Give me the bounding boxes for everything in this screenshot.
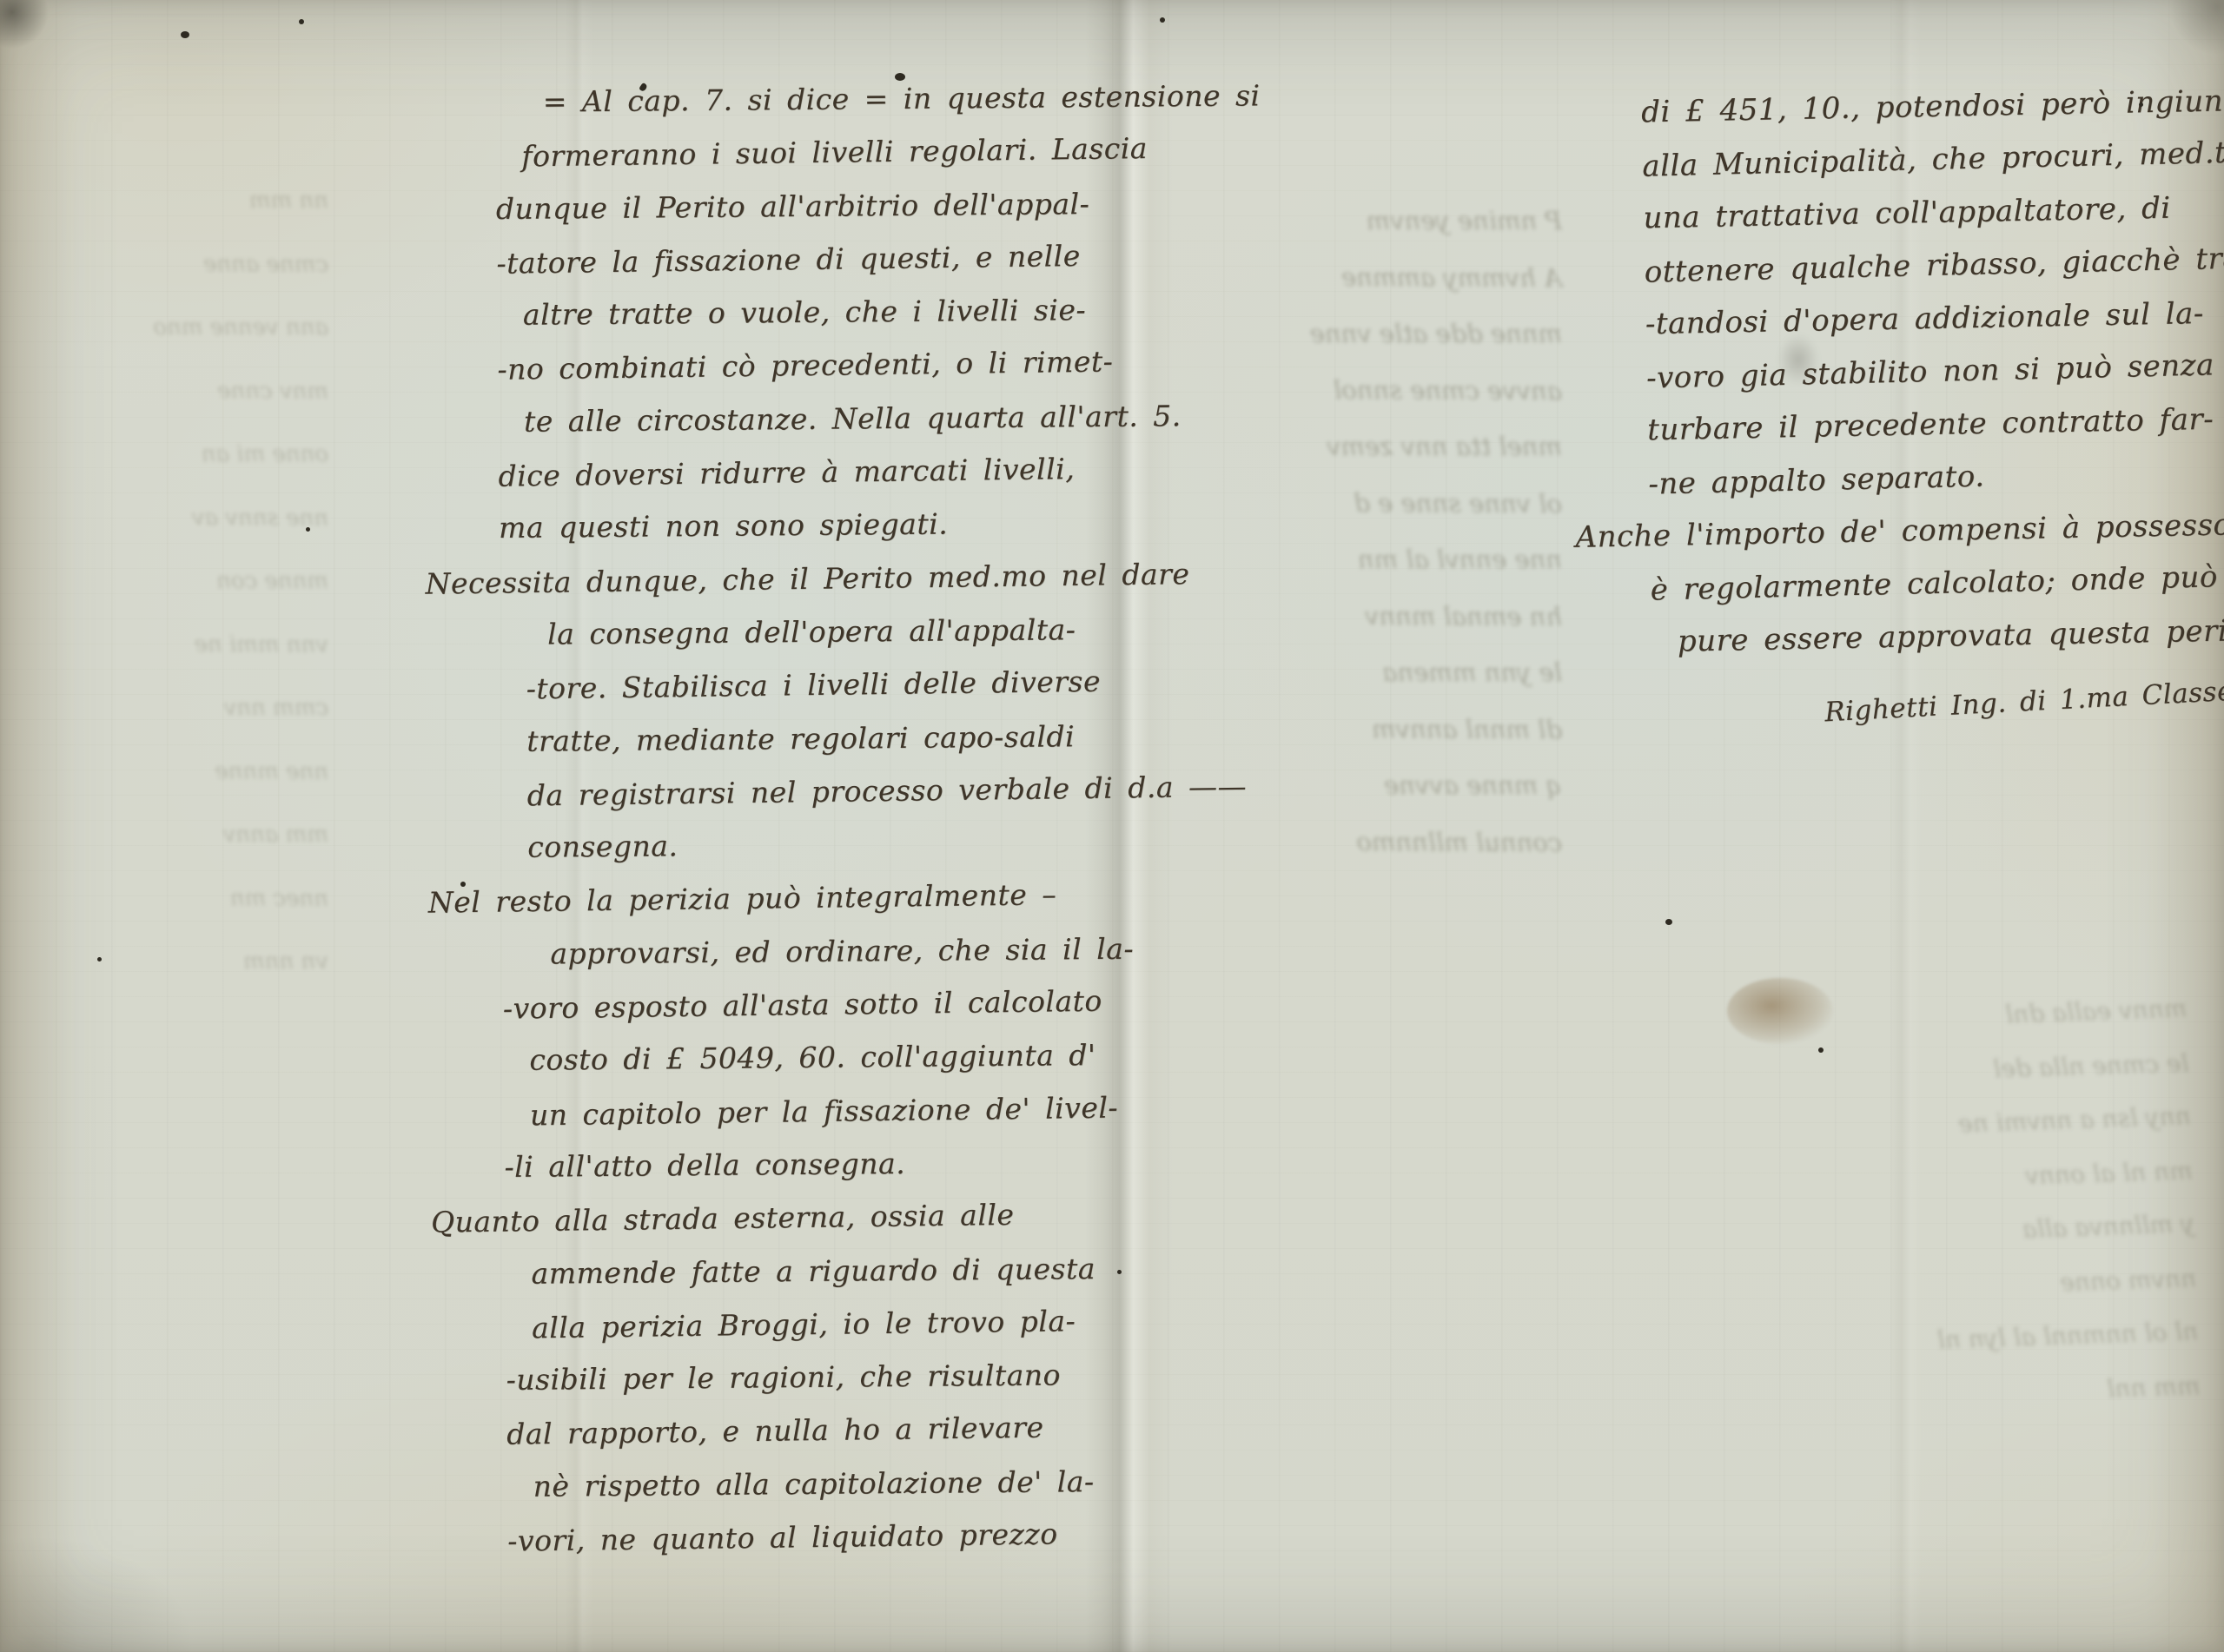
bleed-through-line: P nmine yenvm: [1128, 193, 1562, 249]
bleed-through-line: nne snnv av: [42, 486, 328, 550]
manuscript-line: la consegna dell'opera all'appalta-: [547, 602, 1174, 661]
bleed-through-line: mnel tta nnv zemv: [1128, 419, 1562, 475]
manuscript-line: Necessita dunque, che il Perito med.mo n…: [425, 547, 1173, 611]
bleed-through-line: nne ennvl al mn: [1128, 532, 1562, 588]
bleed-through-text-left-margin: nn mm cmne anne ann venne mno mnv cnne o…: [42, 169, 328, 994]
manuscript-line: te alle circostanze. Nella quarta all'ar…: [524, 389, 1172, 448]
smudge: [1777, 334, 1819, 386]
bleed-through-line: vn nnm: [42, 930, 328, 994]
bleed-through-line: dl mnnl annvm: [1128, 700, 1562, 758]
manuscript-line: dunque il Perito all'arbitrio dell'appal…: [496, 176, 1170, 235]
manuscript-photo: nn mm cmne anne ann venne mno mnv cnne o…: [0, 0, 2224, 1652]
bleed-through-line: anvve cmne snnol: [1128, 361, 1562, 420]
ink-speck: [1160, 17, 1165, 23]
bleed-through-line: nn mm: [42, 169, 328, 233]
manuscript-line: consegna.: [527, 815, 1175, 874]
right-page-text: di £ 451, 10., potendosi però ingiungere…: [1567, 76, 2204, 671]
manuscript-line: approvarsi, ed ordinare, che sia il la-: [550, 922, 1176, 981]
ink-speck: [181, 31, 189, 38]
bleed-through-line: A hvmmy ammne: [1128, 248, 1562, 307]
bleed-through-line: mnv cnne: [42, 359, 328, 423]
manuscript-line: Nel resto la perizia può integralmente –: [427, 867, 1175, 930]
bleed-through-line: ann venne mno: [42, 296, 328, 360]
bleed-through-line: ol vnne snne e d: [1128, 474, 1562, 532]
manuscript-line: -vori, ne quanto al liquidato prezzo: [507, 1506, 1181, 1568]
bleed-through-line: le ynn mmena: [1128, 644, 1562, 701]
manuscript-line: tratte, mediante regolari capo-saldi: [526, 709, 1175, 768]
manuscript-line: -voro esposto all'asta sotto il calcolat…: [503, 974, 1177, 1035]
manuscript-line: ammende fatte a riguardo di questa: [531, 1241, 1179, 1300]
manuscript-line: altre tratte o vuole, che i livelli sie-: [523, 282, 1171, 341]
manuscript-line: -li all'atto della consegna.: [504, 1134, 1178, 1193]
bleed-through-text-gutter: P nmine yenvm A hvmmy ammne mnne dde atl…: [1128, 193, 1562, 870]
bleed-through-text-bottom-right: mnnv ealla dnl le cmne nlla del nny lsn …: [1691, 981, 2201, 1430]
bleed-through-line: nne mnne: [42, 739, 328, 803]
manuscript-line: pure essere approvata questa perizia: [1677, 605, 2203, 669]
bleed-through-line: onne mi an: [42, 423, 328, 486]
bleed-through-line: nnec mn: [42, 866, 328, 930]
bleed-through-line: mnne dde atle vnne: [1128, 306, 1562, 362]
manuscript-line: -tatore la fissazione di questi, e nelle: [496, 228, 1170, 289]
manuscript-line: -tore. Stabilisca i livelli delle divers…: [526, 654, 1174, 716]
manuscript-line: dice doversi ridurre à marcati livelli,: [498, 441, 1172, 503]
ink-speck: [299, 19, 304, 24]
bleed-through-line: cmm nnv: [42, 677, 328, 740]
left-page-text: = Al cap. 7. si dice = in questa estensi…: [421, 69, 1181, 1567]
ink-speck: [2139, 102, 2143, 107]
bleed-through-line: cmne anne: [42, 232, 328, 296]
bleed-through-line: mnne con: [42, 550, 328, 613]
ink-stain: [1727, 978, 1833, 1044]
bleed-through-line: hn emnal mnnv: [1128, 587, 1562, 645]
manuscript-line: -no combinati cò precedenti, o li rimet-: [497, 334, 1171, 396]
manuscript-line: un capitolo per la fissazione de' livel-: [530, 1080, 1178, 1141]
ink-speck: [1117, 1270, 1122, 1274]
bleed-through-line: connul mllnnmo: [1128, 813, 1562, 871]
ink-speck: [895, 73, 905, 81]
manuscript-line: formeranno i suoi livelli regolari. Lasc…: [521, 122, 1169, 183]
manuscript-line: dal rapporto, e nulla ho a rilevare: [506, 1399, 1181, 1461]
ink-speck: [460, 882, 466, 887]
manuscript-line: Quanto alla strada esterna, ossia alle: [431, 1186, 1179, 1250]
manuscript-line: costo di £ 5049, 60. coll'aggiunta d': [529, 1028, 1177, 1087]
bleed-through-line: vnn mmi ne: [42, 612, 328, 677]
ink-speck: [1665, 919, 1672, 925]
ink-speck: [1818, 1047, 1824, 1053]
manuscript-line: ma questi non sono spiegati.: [499, 496, 1173, 555]
ink-speck: [306, 527, 310, 532]
manuscript-line: da registrarsi nel processo verbale di d…: [526, 760, 1175, 822]
manuscript-line: alla perizia Broggi, io le trovo pla-: [532, 1292, 1180, 1354]
ink-speck: [97, 957, 102, 961]
manuscript-line: nè rispetto alla capitolazione de' la-: [533, 1454, 1181, 1513]
manuscript-line: -usibili per le ragioni, che risultano: [506, 1347, 1180, 1406]
bleed-through-line: mm annv: [42, 803, 328, 867]
manuscript-line: = Al cap. 7. si dice = in questa estensi…: [543, 69, 1169, 129]
